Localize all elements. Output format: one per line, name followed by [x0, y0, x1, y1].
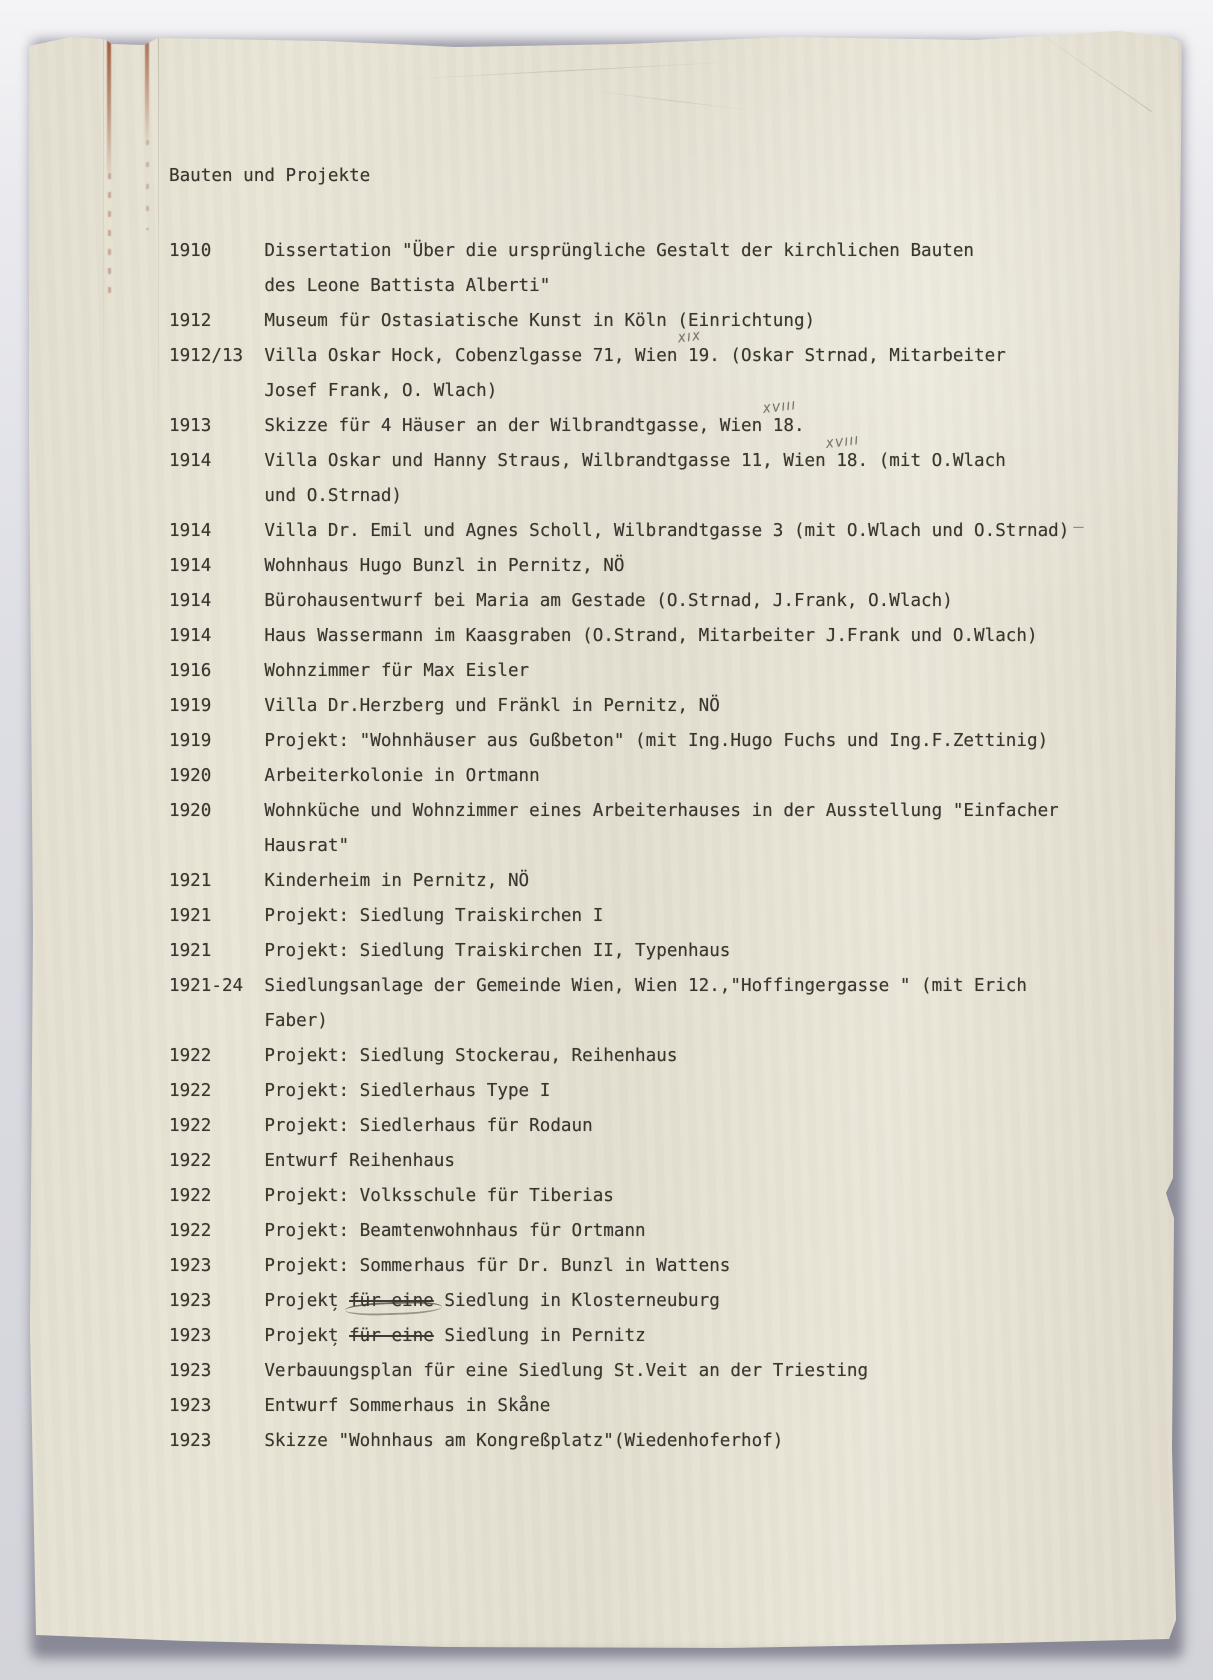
crease-mark [406, 61, 736, 79]
entry-year: 1914 [169, 619, 264, 654]
strikethrough-text: für eine [349, 1326, 434, 1346]
entry-line: Josef Frank, O. Wlach) [169, 374, 1155, 409]
entry-text: Siedlung in Pernitz [434, 1326, 646, 1346]
entry-text: Entwurf Sommerhaus in Skåne [264, 1396, 550, 1416]
crease-mark [158, 30, 159, 470]
rust-stain [145, 32, 149, 140]
rust-stain [107, 31, 111, 173]
entry-line: 1923Projekt, für eine Siedlung in Kloste… [169, 1284, 1155, 1319]
entry-year: 1923 [169, 1354, 264, 1389]
entry-line: 1919Projekt: "Wohnhäuser aus Gußbeton" (… [169, 724, 1155, 759]
annotated-text: 19.XIX [688, 346, 720, 366]
entry-text: Projekt: "Wohnhäuser aus Gußbeton" (mit … [264, 731, 1048, 751]
entry-year: 1912 [169, 304, 264, 339]
entry-line: 1921-24Siedlungsanlage der Gemeinde Wien… [169, 969, 1155, 1004]
entry-year: 1921 [169, 864, 264, 899]
entry-line: 1922Projekt: Siedlerhaus für Rodaun [169, 1109, 1155, 1144]
entry-line: 1914Haus Wassermann im Kaasgraben (O.Str… [169, 619, 1155, 654]
entry-text: Projekt: Siedlerhaus Type I [264, 1081, 550, 1101]
entry-line: 1913Skizze für 4 Häuser an der Wilbrandt… [169, 409, 1155, 444]
document-title: Bauten und Projekte [169, 159, 1155, 194]
entry-year: 1914 [169, 549, 264, 584]
entry-line: 1921Kinderheim in Pernitz, NÖ [169, 864, 1155, 899]
entry-line: des Leone Battista Alberti" [169, 269, 1155, 304]
annotated-text: 18.XVIII [836, 451, 868, 471]
handwritten-annotation: XVIII [826, 435, 861, 450]
entry-text: Villa Dr.Herzberg und Fränkl in Pernitz,… [264, 696, 719, 716]
entry-line: 1914Bürohausentwurf bei Maria am Gestade… [169, 584, 1155, 619]
entry-text: Arbeiterkolonie in Ortmann [264, 766, 539, 786]
crease-mark [103, 30, 104, 450]
handwritten-annotation: XIX [677, 331, 702, 345]
entry-text: Projekt: Siedlung Traiskirchen II, Typen… [264, 941, 730, 961]
crease-mark [587, 90, 756, 112]
entry-line: 1919Villa Dr.Herzberg und Fränkl in Pern… [169, 689, 1155, 724]
entry-year: 1910 [169, 234, 264, 269]
entry-text: Wohnküche und Wohnzimmer eines Arbeiterh… [264, 801, 1058, 821]
entry-line: 1910Dissertation "Über die ursprüngliche… [169, 234, 1155, 269]
entry-text: Hausrat" [264, 836, 349, 856]
entry-year: 1912/13 [169, 339, 264, 374]
entry-year: 1922 [169, 1179, 264, 1214]
entry-text: (mit O.Wlach [868, 451, 1006, 471]
entry-line: 1923Entwurf Sommerhaus in Skåne [169, 1389, 1155, 1424]
entry-text: Skizze für 4 Häuser an der Wilbrandtgass… [264, 416, 772, 436]
entry-text: Faber) [264, 1011, 328, 1031]
entry-line: Faber) [169, 1004, 1155, 1039]
entry-text: Projekt [264, 1291, 338, 1311]
entry-line: 1914Villa Oskar und Hanny Straus, Wilbra… [169, 444, 1155, 479]
entry-year: 1923 [169, 1284, 264, 1319]
entry-year: 1919 [169, 689, 264, 724]
entry-year: 1923 [169, 1389, 264, 1424]
entry-text: Projekt: Siedlerhaus für Rodaun [264, 1116, 592, 1136]
entry-year: 1914 [169, 584, 264, 619]
entry-text: des Leone Battista Alberti" [264, 276, 550, 296]
typed-content: Bauten und Projekte 1910Dissertation "Üb… [169, 159, 1155, 1459]
entry-line: 1922Entwurf Reihenhaus [169, 1144, 1155, 1179]
entry-year: 1923 [169, 1249, 264, 1284]
entry-text: Projekt: Siedlung Traiskirchen I [264, 906, 603, 926]
entry-year: 1921 [169, 899, 264, 934]
entry-text: Projekt [264, 1326, 338, 1346]
entry-year: 1916 [169, 654, 264, 689]
entry-text: Dissertation "Über die ursprüngliche Ges… [264, 241, 974, 261]
entry-text: Wohnzimmer für Max Eisler [264, 661, 529, 681]
entry-line: 1922Projekt: Volksschule für Tiberias [169, 1179, 1155, 1214]
entry-year: 1921-24 [169, 969, 264, 1004]
entry-text: Josef Frank, O. Wlach) [264, 381, 497, 401]
crease-mark [1028, 25, 1151, 112]
entry-text: Museum für Ostasiatische Kunst in Köln (… [264, 311, 815, 331]
entry-line: 1923Skizze "Wohnhaus am Kongreßplatz"(Wi… [169, 1424, 1155, 1459]
entry-text: Haus Wassermann im Kaasgraben (O.Strand,… [264, 626, 1037, 646]
entry-year: 1922 [169, 1144, 264, 1179]
entry-line: und O.Strnad) [169, 479, 1155, 514]
entry-line: 1920Wohnküche und Wohnzimmer eines Arbei… [169, 794, 1155, 829]
entry-text: Verbauungsplan für eine Siedlung St.Veit… [264, 1361, 868, 1381]
entry-text: Projekt: Siedlung Stockerau, Reihenhaus [264, 1046, 677, 1066]
entry-year: 1913 [169, 409, 264, 444]
strikethrough-text: für eine [349, 1291, 434, 1311]
entry-year: 1914 [169, 514, 264, 549]
entry-year: 1920 [169, 794, 264, 829]
entry-text: Projekt: Sommerhaus für Dr. Bunzl in Wat… [264, 1256, 730, 1276]
entry-text: Villa Dr. Emil und Agnes Scholl, Wilbran… [264, 521, 1069, 541]
entry-text: Projekt: Beamtenwohnhaus für Ortmann [264, 1221, 645, 1241]
entry-line: 1920Arbeiterkolonie in Ortmann [169, 759, 1155, 794]
entry-year: 1922 [169, 1214, 264, 1249]
entry-year: 1922 [169, 1039, 264, 1074]
entry-text: Skizze "Wohnhaus am Kongreßplatz"(Wieden… [264, 1431, 783, 1451]
entry-text: Entwurf Reihenhaus [264, 1151, 455, 1171]
entry-text: und O.Strnad) [264, 486, 402, 506]
entry-line: 1922Projekt: Siedlerhaus Type I [169, 1074, 1155, 1109]
entry-line: 1912/13Villa Oskar Hock, Cobenzlgasse 71… [169, 339, 1155, 374]
entry-year: 1920 [169, 759, 264, 794]
entry-text: Siedlung in Klosterneuburg [434, 1291, 720, 1311]
entry-line: 1914Wohnhaus Hugo Bunzl in Pernitz, NÖ [169, 549, 1155, 584]
entry-year: 1923 [169, 1424, 264, 1459]
entry-text: Kinderheim in Pernitz, NÖ [264, 871, 529, 891]
entry-year: 1922 [169, 1074, 264, 1109]
entry-text: (Oskar Strnad, Mitarbeiter [720, 346, 1006, 366]
entry-line: 1923Projekt: Sommerhaus für Dr. Bunzl in… [169, 1249, 1155, 1284]
entry-text: Villa Oskar Hock, Cobenzlgasse 71, Wien [264, 346, 688, 366]
entry-line: 1923Projekt, für eine Siedlung in Pernit… [169, 1319, 1155, 1354]
scanned-page: Bauten und Projekte 1910Dissertation "Üb… [0, 0, 1213, 1680]
entry-text: Projekt: Volksschule für Tiberias [264, 1186, 614, 1206]
entries-list: 1910Dissertation "Über die ursprüngliche… [169, 234, 1155, 1459]
entry-text: Bürohausentwurf bei Maria am Gestade (O.… [264, 591, 953, 611]
handwritten-annotation: XVIII [762, 400, 797, 415]
entry-line: 1922Projekt: Beamtenwohnhaus für Ortmann [169, 1214, 1155, 1249]
entry-line: Hausrat" [169, 829, 1155, 864]
entry-year: 1922 [169, 1109, 264, 1144]
entry-year: 1919 [169, 724, 264, 759]
entry-line: 1921Projekt: Siedlung Traiskirchen I [169, 899, 1155, 934]
entry-line: 1914Villa Dr. Emil und Agnes Scholl, Wil… [169, 514, 1155, 549]
annotated-text: 18.XVIII [773, 416, 805, 436]
entry-line: 1916Wohnzimmer für Max Eisler [169, 654, 1155, 689]
entry-line: 1921Projekt: Siedlung Traiskirchen II, T… [169, 934, 1155, 969]
paper-sheet: Bauten und Projekte 1910Dissertation "Üb… [26, 28, 1185, 1652]
entry-text: Wohnhaus Hugo Bunzl in Pernitz, NÖ [264, 556, 624, 576]
entry-line: 1922Projekt: Siedlung Stockerau, Reihenh… [169, 1039, 1155, 1074]
entry-text: Siedlungsanlage der Gemeinde Wien, Wien … [264, 976, 1027, 996]
entry-year: 1923 [169, 1319, 264, 1354]
entry-year: 1914 [169, 444, 264, 479]
entry-year: 1921 [169, 934, 264, 969]
entry-line: 1912Museum für Ostasiatische Kunst in Kö… [169, 304, 1155, 339]
entry-line: 1923Verbauungsplan für eine Siedlung St.… [169, 1354, 1155, 1389]
entry-text: Villa Oskar und Hanny Straus, Wilbrandtg… [264, 451, 836, 471]
